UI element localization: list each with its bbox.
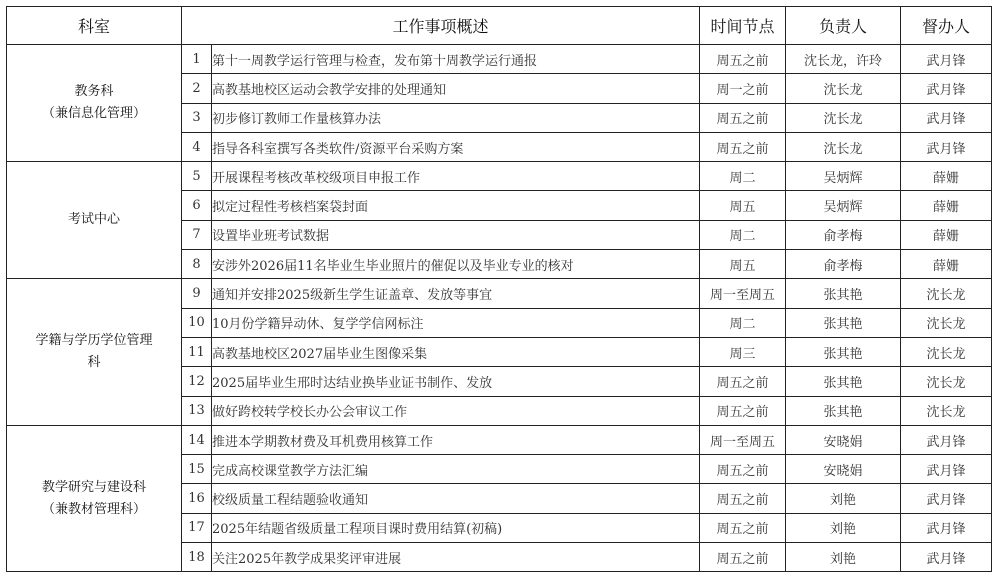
department-cell: 教务科 （兼信息化管理） (7, 45, 182, 162)
deadline: 周五之前 (700, 513, 786, 542)
task-description: 高教基地校区2027届毕业生图像采集 (212, 337, 700, 366)
supervisor: 武月锋 (901, 132, 992, 161)
owner: 张其艳 (786, 396, 901, 425)
owner: 俞孝梅 (786, 250, 901, 279)
deadline: 周五 (700, 191, 786, 220)
deadline: 周五之前 (700, 367, 786, 396)
task-description: 设置毕业班考试数据 (212, 220, 700, 249)
deadline: 周五之前 (700, 455, 786, 484)
supervisor: 武月锋 (901, 484, 992, 513)
owner: 沈长龙，许玲 (786, 45, 901, 74)
task-description: 校级质量工程结题验收通知 (212, 484, 700, 513)
deadline: 周五之前 (700, 484, 786, 513)
table-row: 教学研究与建设科 （兼教材管理科） 14 推进本学期教材费及耳机费用核算工作 周… (7, 425, 992, 454)
department-cell: 教学研究与建设科 （兼教材管理科） (7, 425, 182, 571)
header-task: 工作事项概述 (182, 7, 700, 45)
task-description: 2025年结题省级质量工程项目课时费用结算(初稿) (212, 513, 700, 542)
row-number: 12 (182, 367, 212, 396)
task-description: 完成高校课堂教学方法汇编 (212, 455, 700, 484)
deadline: 周五 (700, 250, 786, 279)
deadline: 周二 (700, 220, 786, 249)
owner: 刘艳 (786, 513, 901, 542)
supervisor: 武月锋 (901, 425, 992, 454)
task-description: 开展课程考核改革校级项目申报工作 (212, 162, 700, 191)
supervisor: 沈长龙 (901, 396, 992, 425)
header-owner: 负责人 (786, 7, 901, 45)
task-description: 第十一周教学运行管理与检查，发布第十周教学运行通报 (212, 45, 700, 74)
supervisor: 武月锋 (901, 103, 992, 132)
deadline: 周五之前 (700, 45, 786, 74)
deadline: 周五之前 (700, 543, 786, 572)
header-department: 科室 (7, 7, 182, 45)
task-description: 拟定过程性考核档案袋封面 (212, 191, 700, 220)
supervisor: 薛姗 (901, 191, 992, 220)
row-number: 4 (182, 132, 212, 161)
row-number: 9 (182, 279, 212, 308)
task-description: 2025届毕业生邢时达结业换毕业证书制作、发放 (212, 367, 700, 396)
department-name: 教学研究与建设科 (7, 477, 181, 499)
owner: 张其艳 (786, 279, 901, 308)
row-number: 10 (182, 308, 212, 337)
deadline: 周一至周五 (700, 279, 786, 308)
row-number: 5 (182, 162, 212, 191)
supervisor: 薛姗 (901, 162, 992, 191)
supervisor: 武月锋 (901, 45, 992, 74)
row-number: 2 (182, 74, 212, 103)
owner: 沈长龙 (786, 74, 901, 103)
row-number: 16 (182, 484, 212, 513)
table-row: 学籍与学历学位管理 科 9 通知并安排2025级新生学生证盖章、发放等事宜 周一… (7, 279, 992, 308)
supervisor: 武月锋 (901, 513, 992, 542)
department-subtitle: （兼信息化管理） (7, 103, 181, 125)
deadline: 周二 (700, 308, 786, 337)
task-description: 初步修订教师工作量核算办法 (212, 103, 700, 132)
owner: 俞孝梅 (786, 220, 901, 249)
work-schedule-table: 科室 工作事项概述 时间节点 负责人 督办人 教务科 （兼信息化管理） 1 第十… (6, 6, 992, 572)
row-number: 15 (182, 455, 212, 484)
supervisor: 沈长龙 (901, 337, 992, 366)
supervisor: 沈长龙 (901, 308, 992, 337)
supervisor: 沈长龙 (901, 279, 992, 308)
owner: 刘艳 (786, 484, 901, 513)
owner: 张其艳 (786, 308, 901, 337)
owner: 张其艳 (786, 337, 901, 366)
department-cell: 学籍与学历学位管理 科 (7, 279, 182, 425)
row-number: 14 (182, 425, 212, 454)
task-description: 通知并安排2025级新生学生证盖章、发放等事宜 (212, 279, 700, 308)
header-row: 科室 工作事项概述 时间节点 负责人 督办人 (7, 7, 992, 45)
task-description: 高教基地校区运动会教学安排的处理通知 (212, 74, 700, 103)
supervisor: 薛姗 (901, 220, 992, 249)
owner: 安晓娟 (786, 455, 901, 484)
row-number: 6 (182, 191, 212, 220)
deadline: 周三 (700, 337, 786, 366)
task-description: 做好跨校转学校长办公会审议工作 (212, 396, 700, 425)
row-number: 17 (182, 513, 212, 542)
owner: 张其艳 (786, 367, 901, 396)
row-number: 3 (182, 103, 212, 132)
row-number: 13 (182, 396, 212, 425)
owner: 沈长龙 (786, 132, 901, 161)
task-description: 安涉外2026届11名毕业生毕业照片的催促以及毕业专业的核对 (212, 250, 700, 279)
deadline: 周五之前 (700, 103, 786, 132)
supervisor: 武月锋 (901, 543, 992, 572)
owner: 安晓娟 (786, 425, 901, 454)
table-row: 考试中心 5 开展课程考核改革校级项目申报工作 周二 吴炳辉 薛姗 (7, 162, 992, 191)
task-description: 10月份学籍异动休、复学学信网标注 (212, 308, 700, 337)
deadline: 周一至周五 (700, 425, 786, 454)
task-description: 推进本学期教材费及耳机费用核算工作 (212, 425, 700, 454)
table-row: 教务科 （兼信息化管理） 1 第十一周教学运行管理与检查，发布第十周教学运行通报… (7, 45, 992, 74)
task-description: 关注2025年教学成果奖评审进展 (212, 543, 700, 572)
header-deadline: 时间节点 (700, 7, 786, 45)
department-cell: 考试中心 (7, 162, 182, 279)
supervisor: 武月锋 (901, 455, 992, 484)
deadline: 周一之前 (700, 74, 786, 103)
owner: 刘艳 (786, 543, 901, 572)
owner: 沈长龙 (786, 103, 901, 132)
task-description: 指导各科室撰写各类软件/资源平台采购方案 (212, 132, 700, 161)
department-name: 学籍与学历学位管理 (7, 330, 181, 352)
department-name: 考试中心 (7, 209, 181, 231)
deadline: 周五之前 (700, 396, 786, 425)
department-name-continued: 科 (7, 352, 181, 374)
row-number: 11 (182, 337, 212, 366)
department-name: 教务科 (7, 81, 181, 103)
department-subtitle: （兼教材管理科） (7, 499, 181, 521)
deadline: 周五之前 (700, 132, 786, 161)
row-number: 8 (182, 250, 212, 279)
supervisor: 武月锋 (901, 74, 992, 103)
supervisor: 沈长龙 (901, 367, 992, 396)
deadline: 周二 (700, 162, 786, 191)
row-number: 7 (182, 220, 212, 249)
row-number: 18 (182, 543, 212, 572)
row-number: 1 (182, 45, 212, 74)
owner: 吴炳辉 (786, 162, 901, 191)
owner: 吴炳辉 (786, 191, 901, 220)
supervisor: 薛姗 (901, 250, 992, 279)
header-supervisor: 督办人 (901, 7, 992, 45)
